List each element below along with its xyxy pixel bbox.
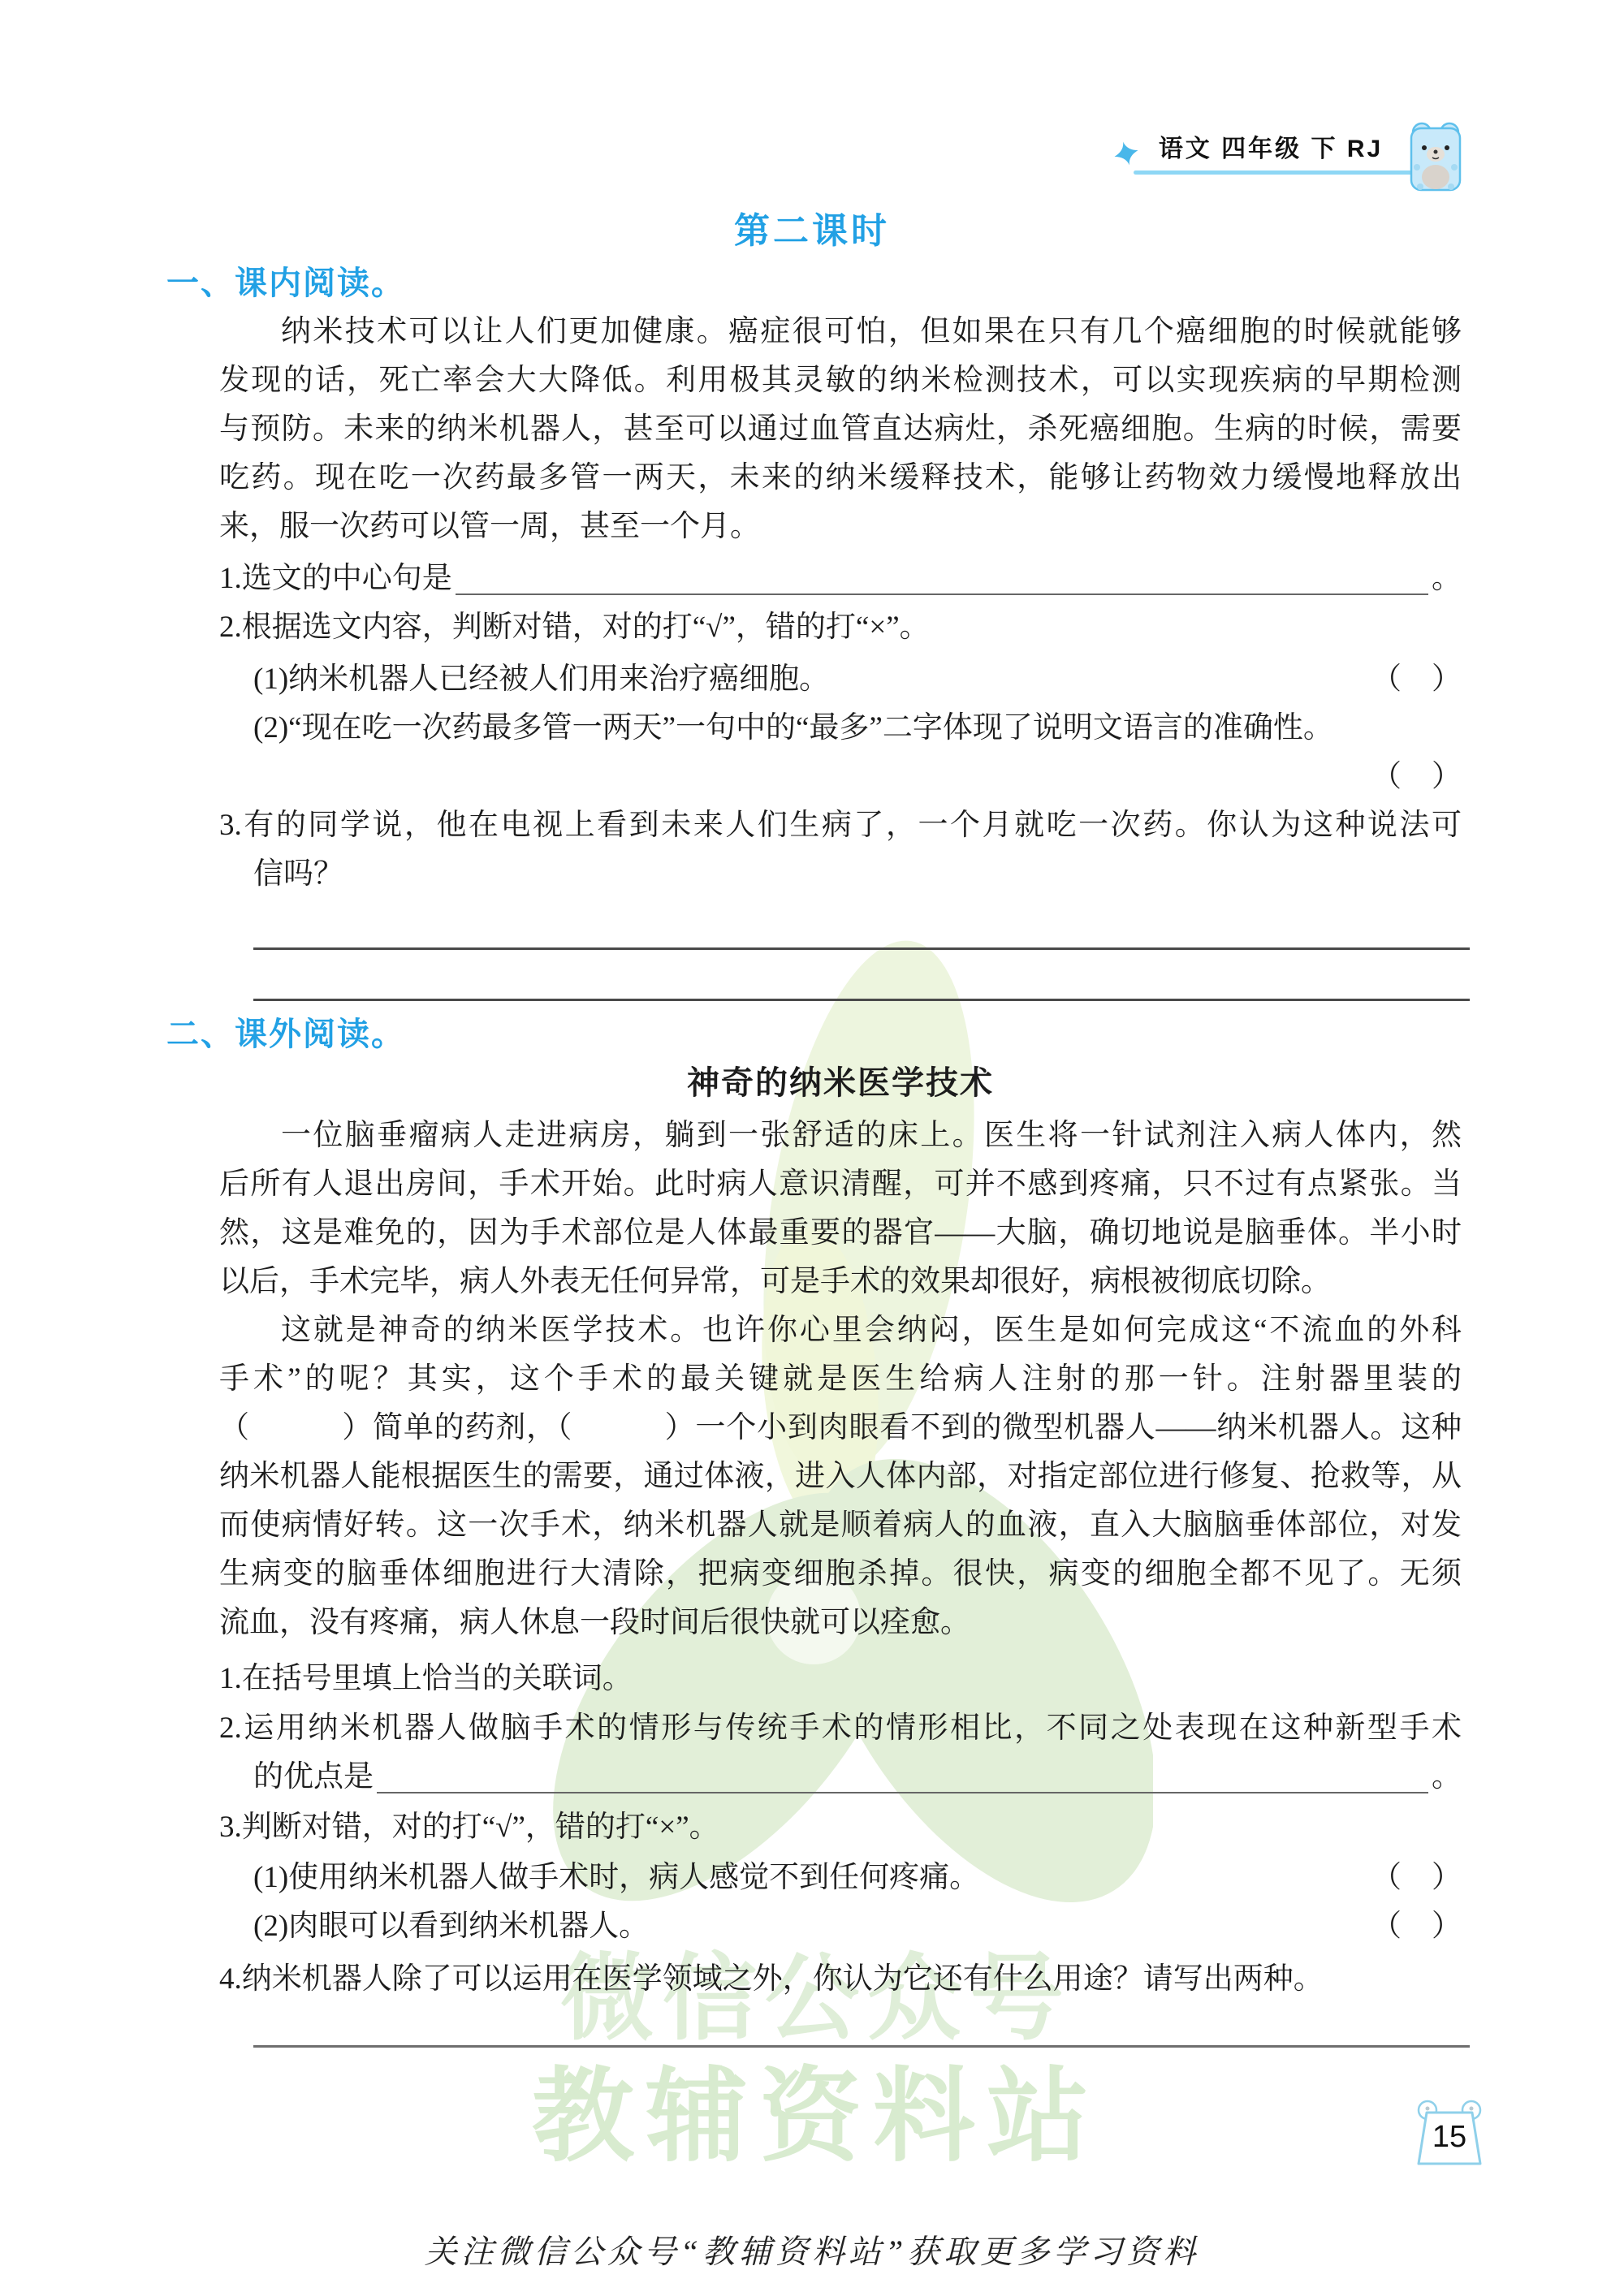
page-number: 15 bbox=[1432, 2120, 1466, 2154]
page-number-badge: 15 bbox=[1415, 2098, 1486, 2166]
worksheet-page: 微信公众号 教辅资料站 语文 四年级 下 RJ 第二课时 一、课内阅读。 bbox=[0, 0, 1624, 2279]
page-footer: 15 关注微信公众号“教辅资料站”获取更多学习资料 bbox=[0, 0, 1624, 2279]
footer-note: 关注微信公众号“教辅资料站”获取更多学习资料 bbox=[0, 2228, 1624, 2277]
